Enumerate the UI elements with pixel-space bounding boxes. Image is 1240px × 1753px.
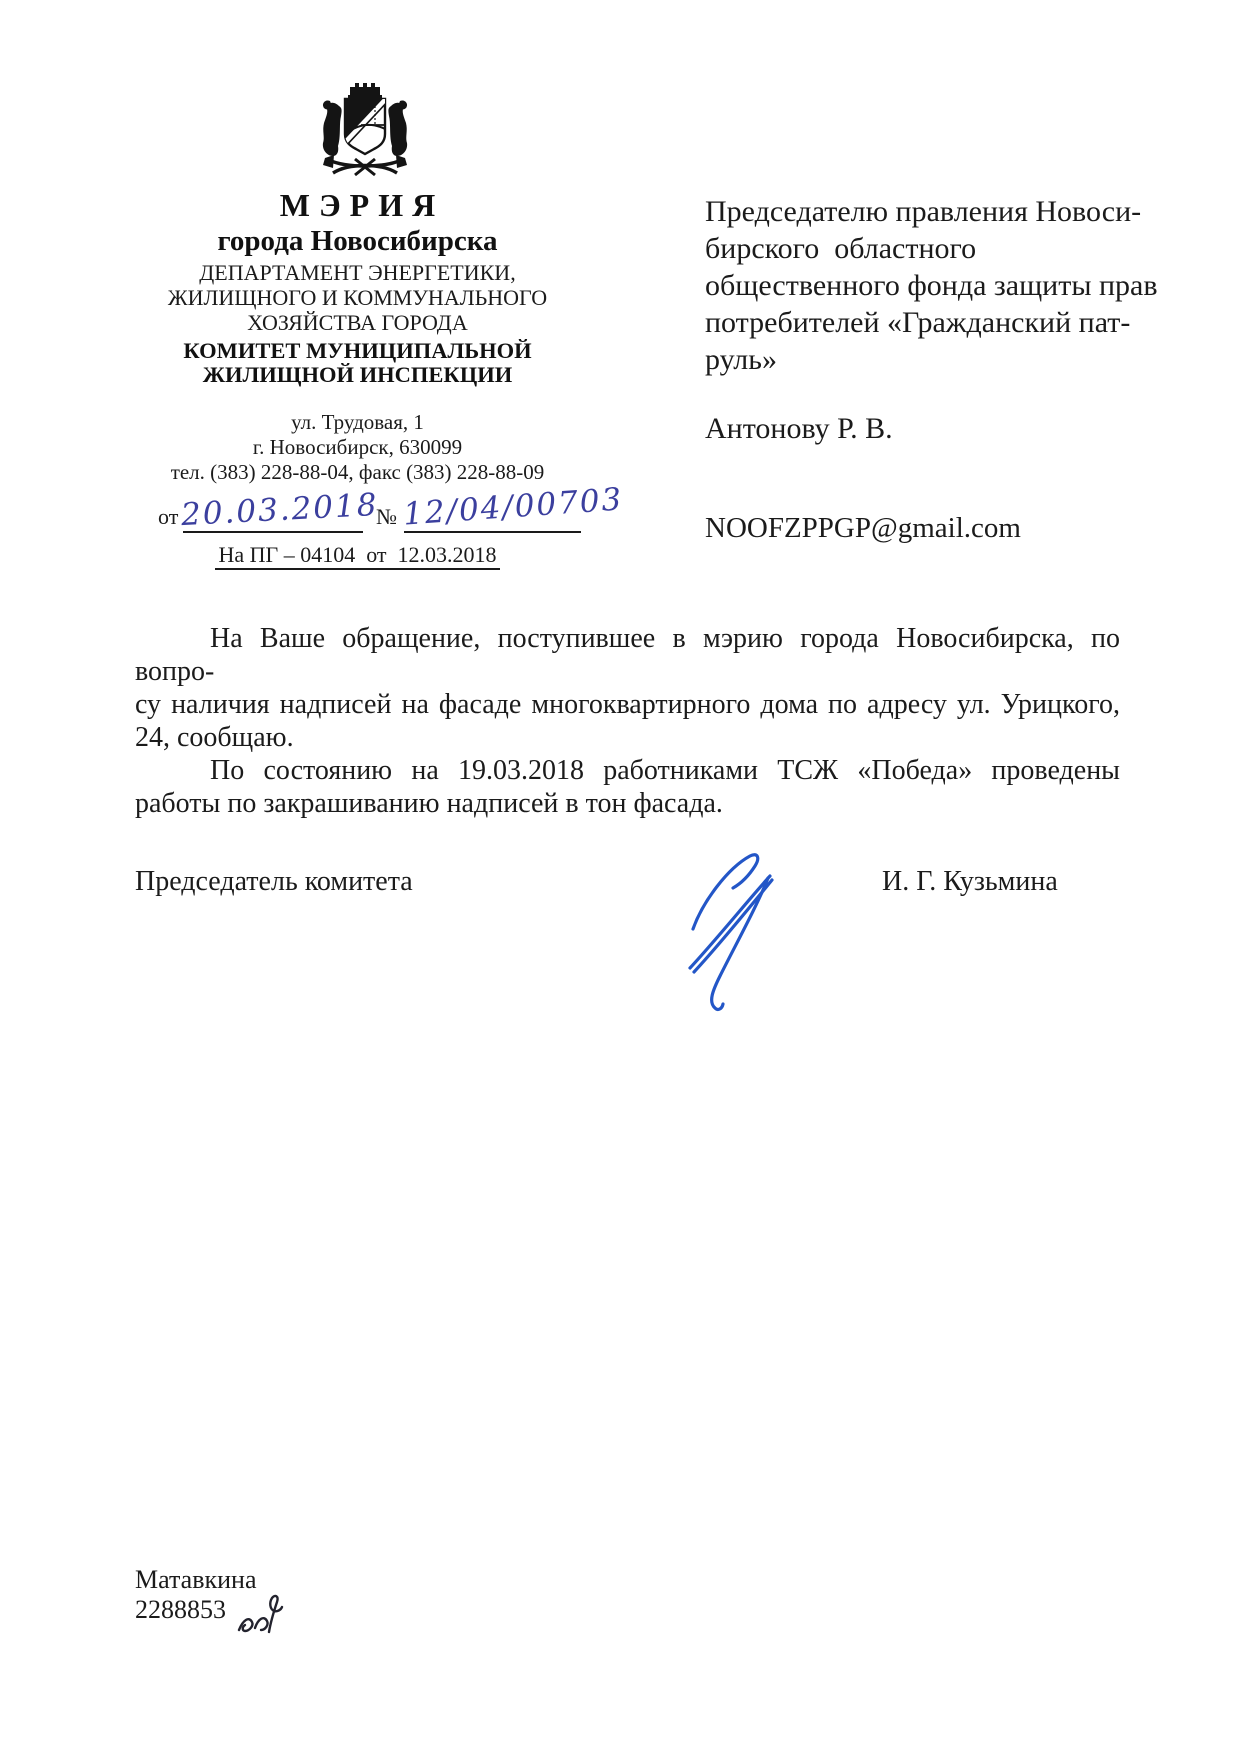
body-line-1: На Ваше обращение, поступившее в мэрию г… — [135, 622, 1120, 688]
recipient-line-2: бирского областного — [705, 230, 1160, 267]
handwritten-signature-icon — [658, 846, 778, 1016]
signer-position-title: Председатель комитета — [135, 866, 413, 898]
body-line-5: работы по закрашиванию надписей в тон фа… — [135, 787, 1120, 820]
address-phone-fax: тел. (383) 228-88-04, факс (383) 228-88-… — [120, 460, 595, 485]
novosibirsk-coat-of-arms-icon — [317, 80, 413, 178]
recipient-block: Председателю правления Новоси- бирского … — [705, 193, 1160, 378]
recipient-email: NOOFZPPGP@gmail.com — [705, 512, 1021, 545]
signer-name: И. Г. Кузьмина — [882, 866, 1058, 898]
dept-line-2: ЖИЛИЩНОГО И КОММУНАЛЬНОГО — [120, 285, 595, 310]
letter-body: На Ваше обращение, поступившее в мэрию г… — [135, 622, 1120, 820]
recipient-line-3: общественного фонда защиты прав — [705, 267, 1160, 304]
recipient-name: Антонову Р. В. — [705, 412, 893, 446]
ref-number-underline — [404, 531, 581, 533]
reply-reference-wrap: На ПГ – 04104 от 12.03.2018 — [120, 542, 595, 568]
dept-line-3: ХОЗЯЙСТВА ГОРОДА — [120, 310, 595, 335]
letter-page: МЭРИЯ города Новосибирска ДЕПАРТАМЕНТ ЭН… — [0, 0, 1240, 1753]
address-city: г. Новосибирск, 630099 — [120, 435, 595, 460]
reply-reference: На ПГ – 04104 от 12.03.2018 — [215, 542, 499, 570]
recipient-line-5: руль» — [705, 341, 1160, 378]
org-name-city: города Новосибирска — [120, 224, 595, 258]
executor-initials-scribble-icon — [235, 1590, 287, 1642]
letterhead: МЭРИЯ города Новосибирска ДЕПАРТАМЕНТ ЭН… — [120, 186, 595, 485]
body-line-2: су наличия надписей на фасаде многокварт… — [135, 688, 1120, 721]
committee-line-2: ЖИЛИЩНОЙ ИНСПЕКЦИИ — [120, 363, 595, 387]
recipient-line-4: потребителей «Гражданский пат- — [705, 304, 1160, 341]
recipient-line-1: Председателю правления Новоси- — [705, 193, 1160, 230]
address-street: ул. Трудовая, 1 — [120, 410, 595, 435]
org-name-mayor: МЭРИЯ — [120, 186, 595, 224]
dept-line-1: ДЕПАРТАМЕНТ ЭНЕРГЕТИКИ, — [120, 260, 595, 285]
body-line-4: По состоянию на 19.03.2018 работниками Т… — [135, 754, 1120, 787]
ref-from-label: от — [158, 504, 178, 530]
body-line-3: 24, сообщаю. — [135, 721, 1120, 754]
committee-line-1: КОМИТЕТ МУНИЦИПАЛЬНОЙ — [120, 339, 595, 363]
ref-number-handwritten: 12/04/00703 — [402, 481, 624, 532]
ref-date-handwritten: 20.03.2018 — [180, 487, 379, 533]
ref-number-label: № — [376, 504, 397, 530]
